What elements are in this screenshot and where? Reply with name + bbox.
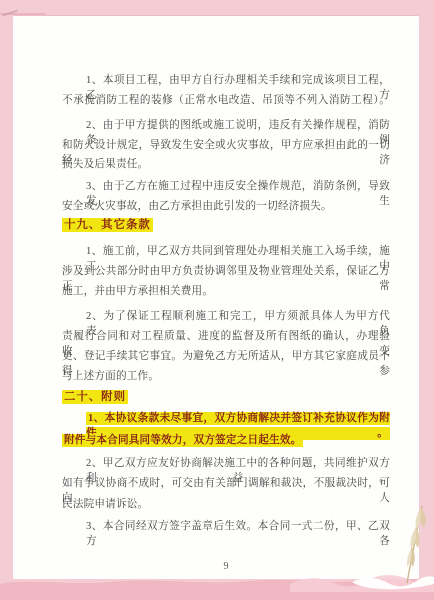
- text-line: 施工，并由甲方承担相关费用。: [62, 284, 390, 300]
- text-line: 1、本项目工程，由甲方自行办理相关手续和完成该项目工程，乙方: [62, 73, 390, 89]
- scanned-contract-page: 1、本项目工程，由甲方自行办理相关手续和完成该项目工程，乙方 不承揽消防工程的装…: [0, 0, 434, 600]
- contract-paper: 1、本项目工程，由甲方自行办理相关手续和完成该项目工程，乙方 不承揽消防工程的装…: [13, 15, 419, 579]
- text-line: 不承揽消防工程的装修（正常水电改造、吊顶等不列入消防工程）。: [62, 93, 390, 109]
- text-line: 如有争议协商不成时，可交由有关部门调解和裁决，不服裁决时，可向人: [62, 476, 390, 492]
- bottom-wave-decoration: [0, 570, 434, 600]
- section-heading-19: 十九、其它条款: [62, 218, 390, 234]
- text-line: 与上述方面的工作。: [62, 369, 390, 385]
- highlighted-text-line: 1、本协议条款未尽事宜，双方协商解决并签订补充协议作为附件。: [62, 411, 390, 427]
- text-line: 责履行合同和对工程质量、进度的监督及所有图纸的确认，办理验收，变: [62, 329, 390, 345]
- text-line: 涉及到公共部分时由甲方负责协调邻里及物业管理处关系，保证乙方正常: [62, 264, 390, 280]
- text-line: 1、施工前，甲乙双方共同到管理处办理相关施工入场手续，施工中: [62, 244, 390, 260]
- section-heading-20: 二十、附则: [62, 390, 390, 406]
- highlighted-text-line: 附件与本合同具同等效力，双方签定之日起生效。: [62, 433, 390, 449]
- text-line: 和防火设计规定，导致发生安全或火灾事故，甲方应承担由此的一切经济: [62, 138, 390, 154]
- text-line: 民法院申请诉讼。: [62, 497, 390, 513]
- text-line: 安全或火灾事故，由乙方承担由此引发的一切经济损失。: [62, 199, 390, 215]
- text-line: 损失及后果责任。: [62, 157, 390, 173]
- wheat-stalk-decoration: [398, 503, 432, 587]
- text-line: 2、由于甲方提供的图纸或施工说明，违反有关操作规程，消防条例: [62, 118, 390, 134]
- contract-text-block: 1、本项目工程，由甲方自行办理相关手续和完成该项目工程，乙方 不承揽消防工程的装…: [62, 16, 390, 579]
- text-line: 更、登记手续其它事宜。为避免乙方无所适从，甲方其它家庭成员不得参: [62, 349, 390, 365]
- text-line: 3、本合同经双方签字盖章后生效。本合同一式二份，甲、乙双方各: [62, 519, 390, 535]
- text-line: 3、由于乙方在施工过程中违反安全操作规范，消防条例，导致发生: [62, 179, 390, 195]
- text-line: 2、甲乙双方应友好协商解决施工中的各种问题，共同维护双方利益。: [62, 456, 390, 472]
- text-line: 2、为了保证工程顺利施工和完工，甲方须派具体人为甲方代表、负: [62, 309, 390, 325]
